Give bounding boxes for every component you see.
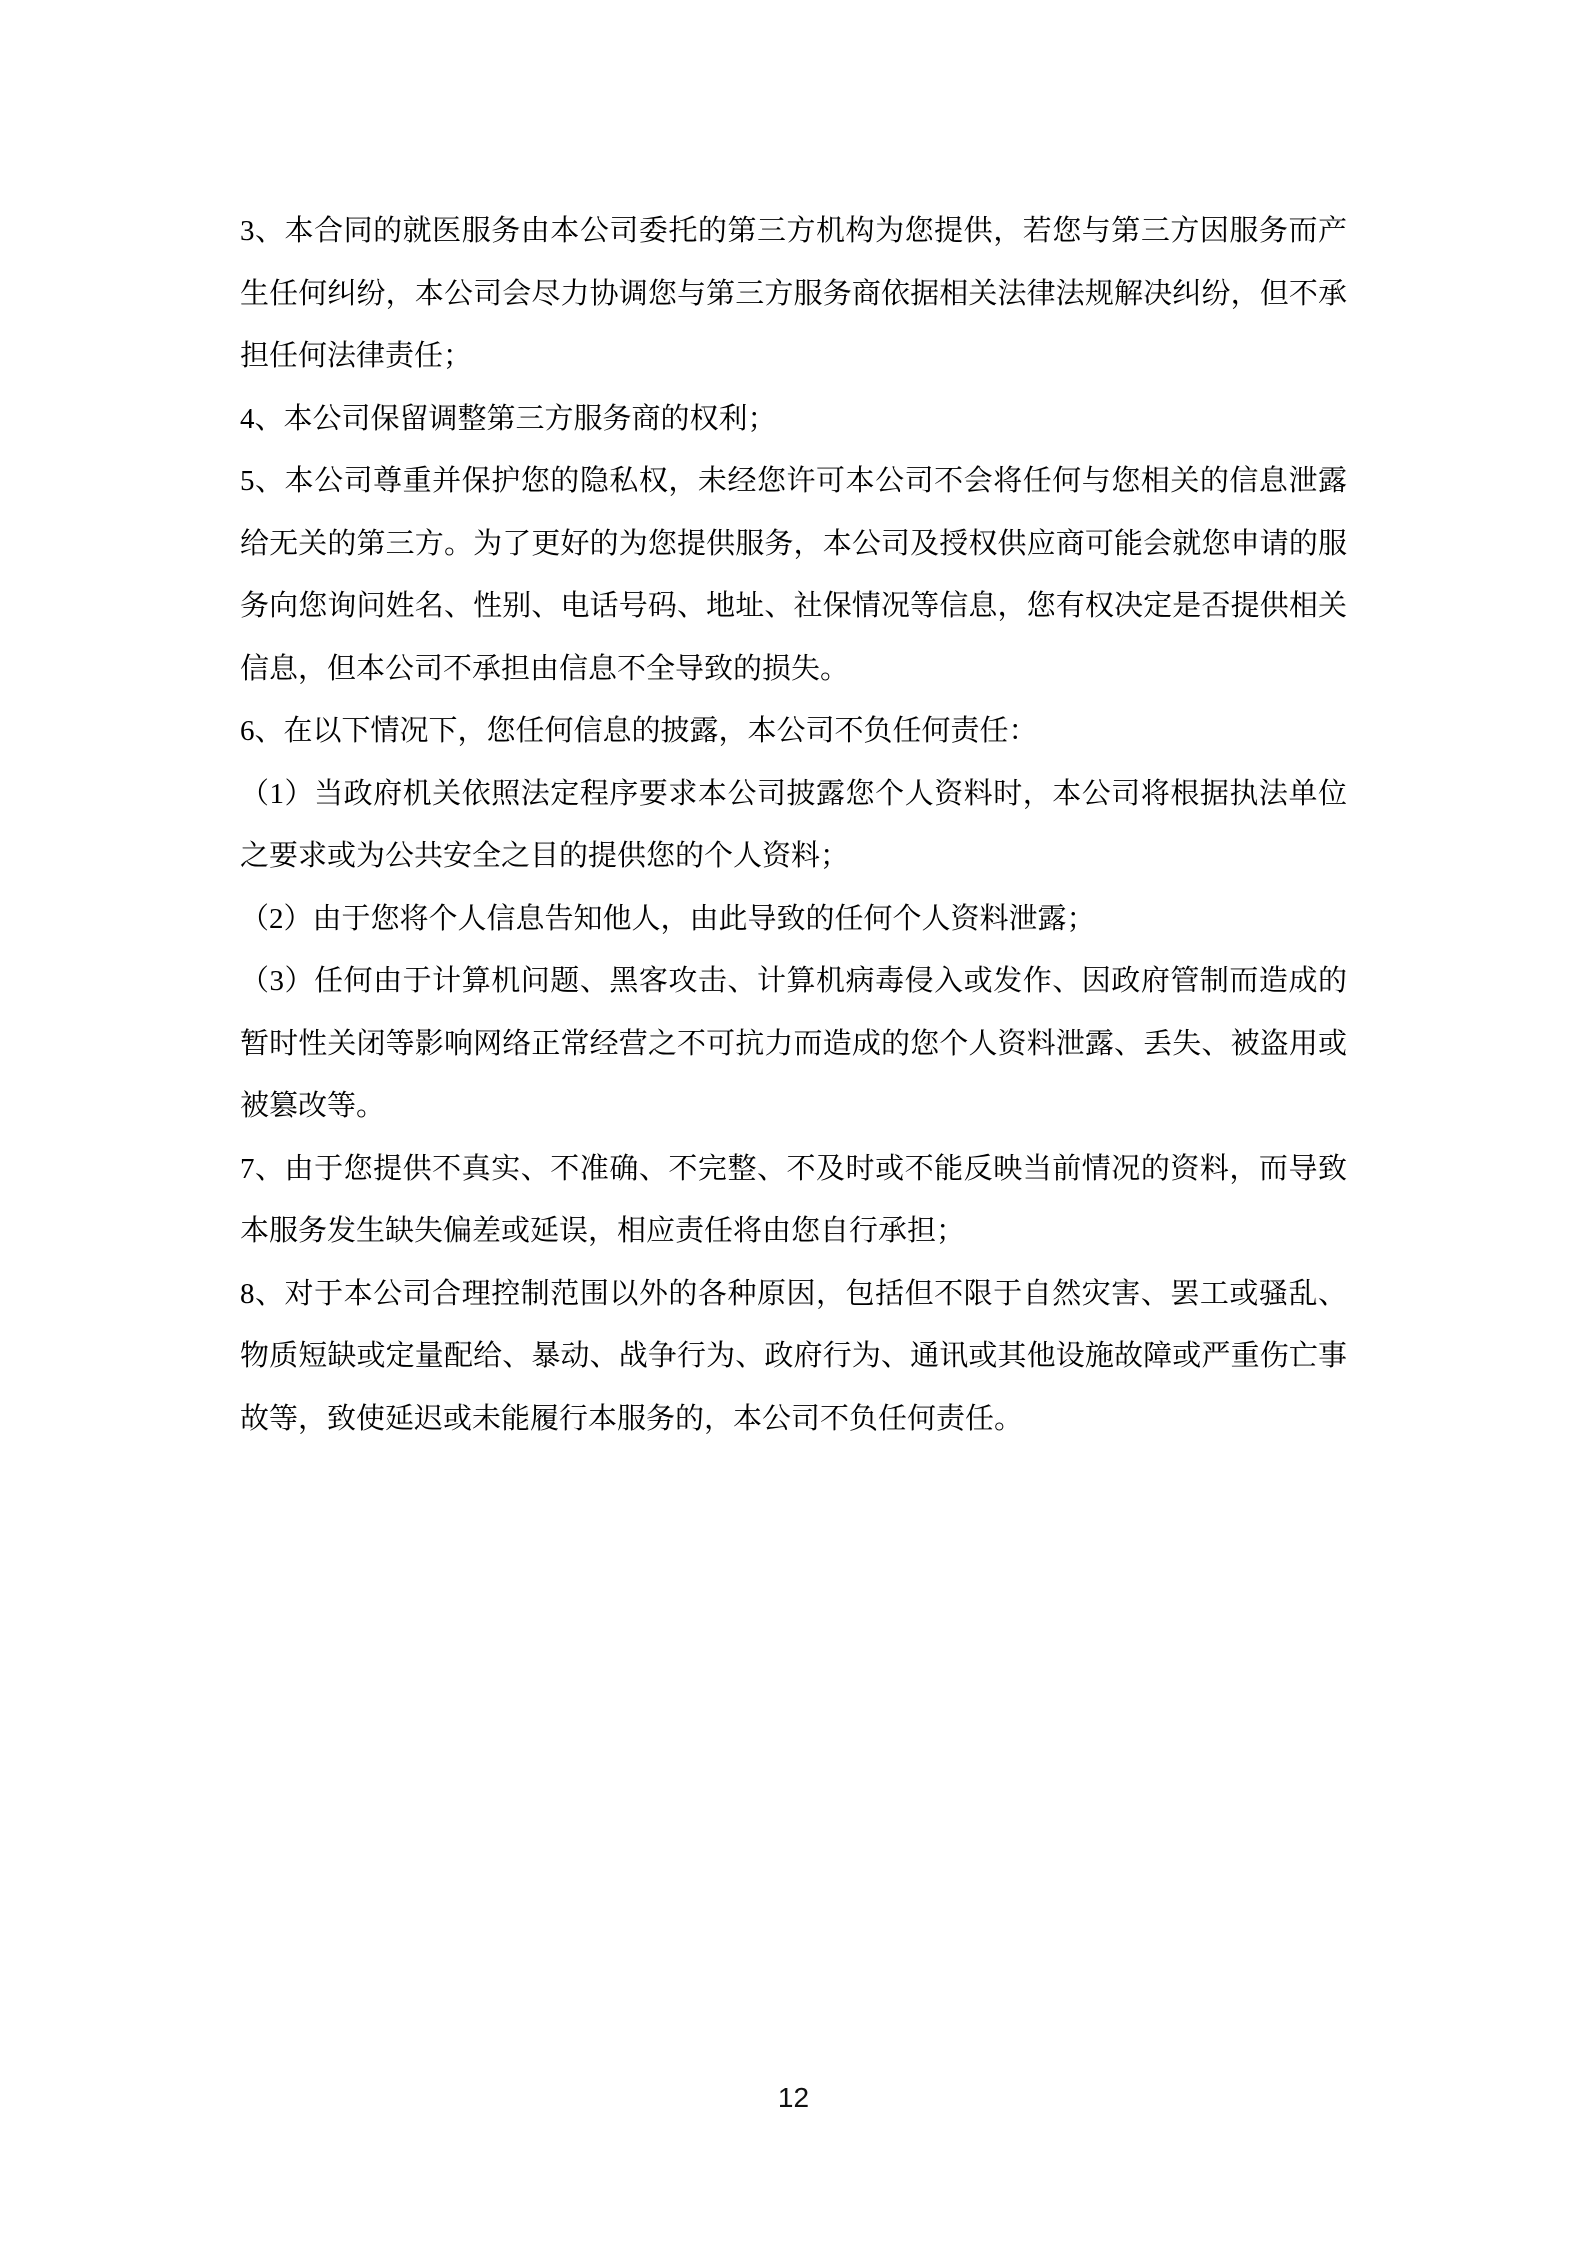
- document-line: 6、在以下情况下，您任何信息的披露，本公司不负任何责任：: [240, 700, 1347, 763]
- document-line: 给无关的第三方。为了更好的为您提供服务，本公司及授权供应商可能会就您申请的服: [240, 513, 1347, 576]
- paragraph-item-5: 5、本公司尊重并保护您的隐私权，未经您许可本公司不会将任何与您相关的信息泄露 给…: [240, 450, 1347, 700]
- document-body-text: 3、本合同的就医服务由本公司委托的第三方机构为您提供，若您与第三方因服务而产 生…: [240, 200, 1347, 1450]
- document-line: （3）任何由于计算机问题、黑客攻击、计算机病毒侵入或发作、因政府管制而造成的: [240, 950, 1347, 1013]
- paragraph-item-6: 6、在以下情况下，您任何信息的披露，本公司不负任何责任：: [240, 700, 1347, 763]
- document-line: 生任何纠纷，本公司会尽力协调您与第三方服务商依据相关法律法规解决纠纷，但不承: [240, 263, 1347, 326]
- document-line: 4、本公司保留调整第三方服务商的权利；: [240, 388, 1347, 451]
- document-line: 担任何法律责任；: [240, 325, 1347, 388]
- document-line: 故等，致使延迟或未能履行本服务的，本公司不负任何责任。: [240, 1388, 1347, 1451]
- document-line: 7、由于您提供不真实、不准确、不完整、不及时或不能反映当前情况的资料，而导致: [240, 1138, 1347, 1201]
- document-line: 物质短缺或定量配给、暴动、战争行为、政府行为、通讯或其他设施故障或严重伤亡事: [240, 1325, 1347, 1388]
- document-line: 暂时性关闭等影响网络正常经营之不可抗力而造成的您个人资料泄露、丢失、被盗用或: [240, 1013, 1347, 1076]
- paragraph-item-6-sub-1: （1）当政府机关依照法定程序要求本公司披露您个人资料时，本公司将根据执法单位 之…: [240, 763, 1347, 888]
- paragraph-item-7: 7、由于您提供不真实、不准确、不完整、不及时或不能反映当前情况的资料，而导致 本…: [240, 1138, 1347, 1263]
- paragraph-item-6-sub-2: （2）由于您将个人信息告知他人，由此导致的任何个人资料泄露；: [240, 888, 1347, 951]
- paragraph-item-6-sub-3: （3）任何由于计算机问题、黑客攻击、计算机病毒侵入或发作、因政府管制而造成的 暂…: [240, 950, 1347, 1138]
- paragraph-item-4: 4、本公司保留调整第三方服务商的权利；: [240, 388, 1347, 451]
- document-line: （1）当政府机关依照法定程序要求本公司披露您个人资料时，本公司将根据执法单位: [240, 763, 1347, 826]
- document-line: 务向您询问姓名、性别、电话号码、地址、社保情况等信息，您有权决定是否提供相关: [240, 575, 1347, 638]
- document-line: 之要求或为公共安全之目的提供您的个人资料；: [240, 825, 1347, 888]
- document-line: 被篡改等。: [240, 1075, 1347, 1138]
- document-line: 本服务发生缺失偏差或延误，相应责任将由您自行承担；: [240, 1200, 1347, 1263]
- document-page: 3、本合同的就医服务由本公司委托的第三方机构为您提供，若您与第三方因服务而产 生…: [0, 0, 1587, 2245]
- document-line: （2）由于您将个人信息告知他人，由此导致的任何个人资料泄露；: [240, 888, 1347, 951]
- paragraph-item-8: 8、对于本公司合理控制范围以外的各种原因，包括但不限于自然灾害、罢工或骚乱、 物…: [240, 1263, 1347, 1451]
- document-line: 8、对于本公司合理控制范围以外的各种原因，包括但不限于自然灾害、罢工或骚乱、: [240, 1263, 1347, 1326]
- document-line: 信息，但本公司不承担由信息不全导致的损失。: [240, 638, 1347, 701]
- page-number: 12: [0, 2083, 1587, 2113]
- document-line: 3、本合同的就医服务由本公司委托的第三方机构为您提供，若您与第三方因服务而产: [240, 200, 1347, 263]
- paragraph-item-3: 3、本合同的就医服务由本公司委托的第三方机构为您提供，若您与第三方因服务而产 生…: [240, 200, 1347, 388]
- document-line: 5、本公司尊重并保护您的隐私权，未经您许可本公司不会将任何与您相关的信息泄露: [240, 450, 1347, 513]
